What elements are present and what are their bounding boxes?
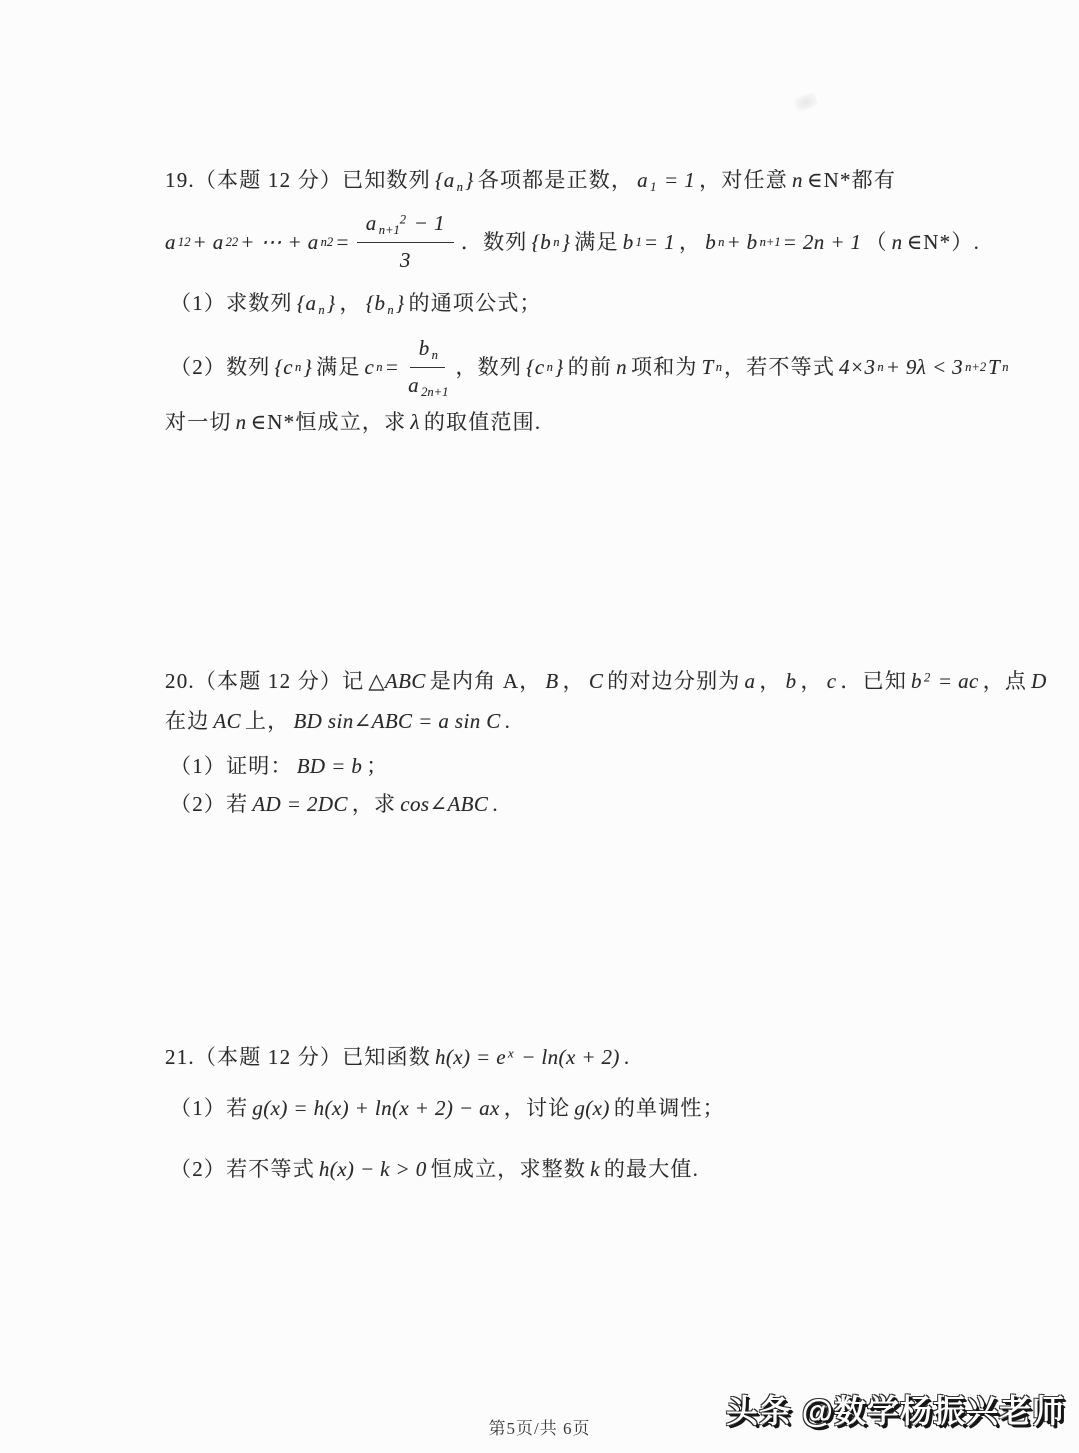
exam-page: 19.（本题 12 分）已知数列{an}各项都是正数，a1 = 1，对任意n∈N…: [0, 0, 1079, 1453]
problem-20-stem-line-1: 20.（本题 12 分）记△ABC是内角 A，B，C的对边分别为a，b，c．已知…: [163, 667, 1049, 695]
watermark-author: 头条 @数学杨振兴老师: [726, 1386, 1065, 1432]
problem-19-part-2: （2）数列{cn}满足cn =bna2n+1，数列{cn}的前n项和为Tn，若不…: [168, 330, 1009, 404]
problem-21-part-1: （1）若g(x) = h(x) + ln(x + 2) − ax，讨论g(x)的…: [168, 1094, 727, 1122]
problem-19-part-1: （1）求数列{an}，{bn}的通项公式；: [168, 289, 544, 319]
problem-20-part-2: （2）若AD = 2DC，求cos∠ABC.: [168, 790, 501, 818]
scan-smudge: [793, 92, 818, 113]
fraction: bna2n+1: [406, 334, 448, 401]
problem-20-part-1: （1）证明：BD = b；: [168, 752, 390, 780]
problem-19-stem-line-1: 19.（本题 12 分）已知数列{an}各项都是正数，a1 = 1，对任意n∈N…: [163, 166, 898, 196]
problem-21-stem-line-1: 21.（本题 12 分）已知函数h(x) = ex − ln(x + 2).: [163, 1043, 632, 1071]
fraction: an+12 − 13: [357, 209, 454, 274]
problem-21-part-2: （2）若不等式h(x) − k > 0恒成立，求整数k的最大值.: [168, 1155, 701, 1183]
problem-19-part-2-continued: 对一切n∈N*恒成立，求λ的取值范围.: [163, 408, 543, 436]
problem-19-formula-line: a12 + a22 + ⋯ + an2 =an+12 − 13．数列{bn}满足…: [163, 205, 982, 279]
problem-20-stem-line-2: 在边AC上，BD sin∠ABC = a sin C.: [163, 707, 513, 735]
